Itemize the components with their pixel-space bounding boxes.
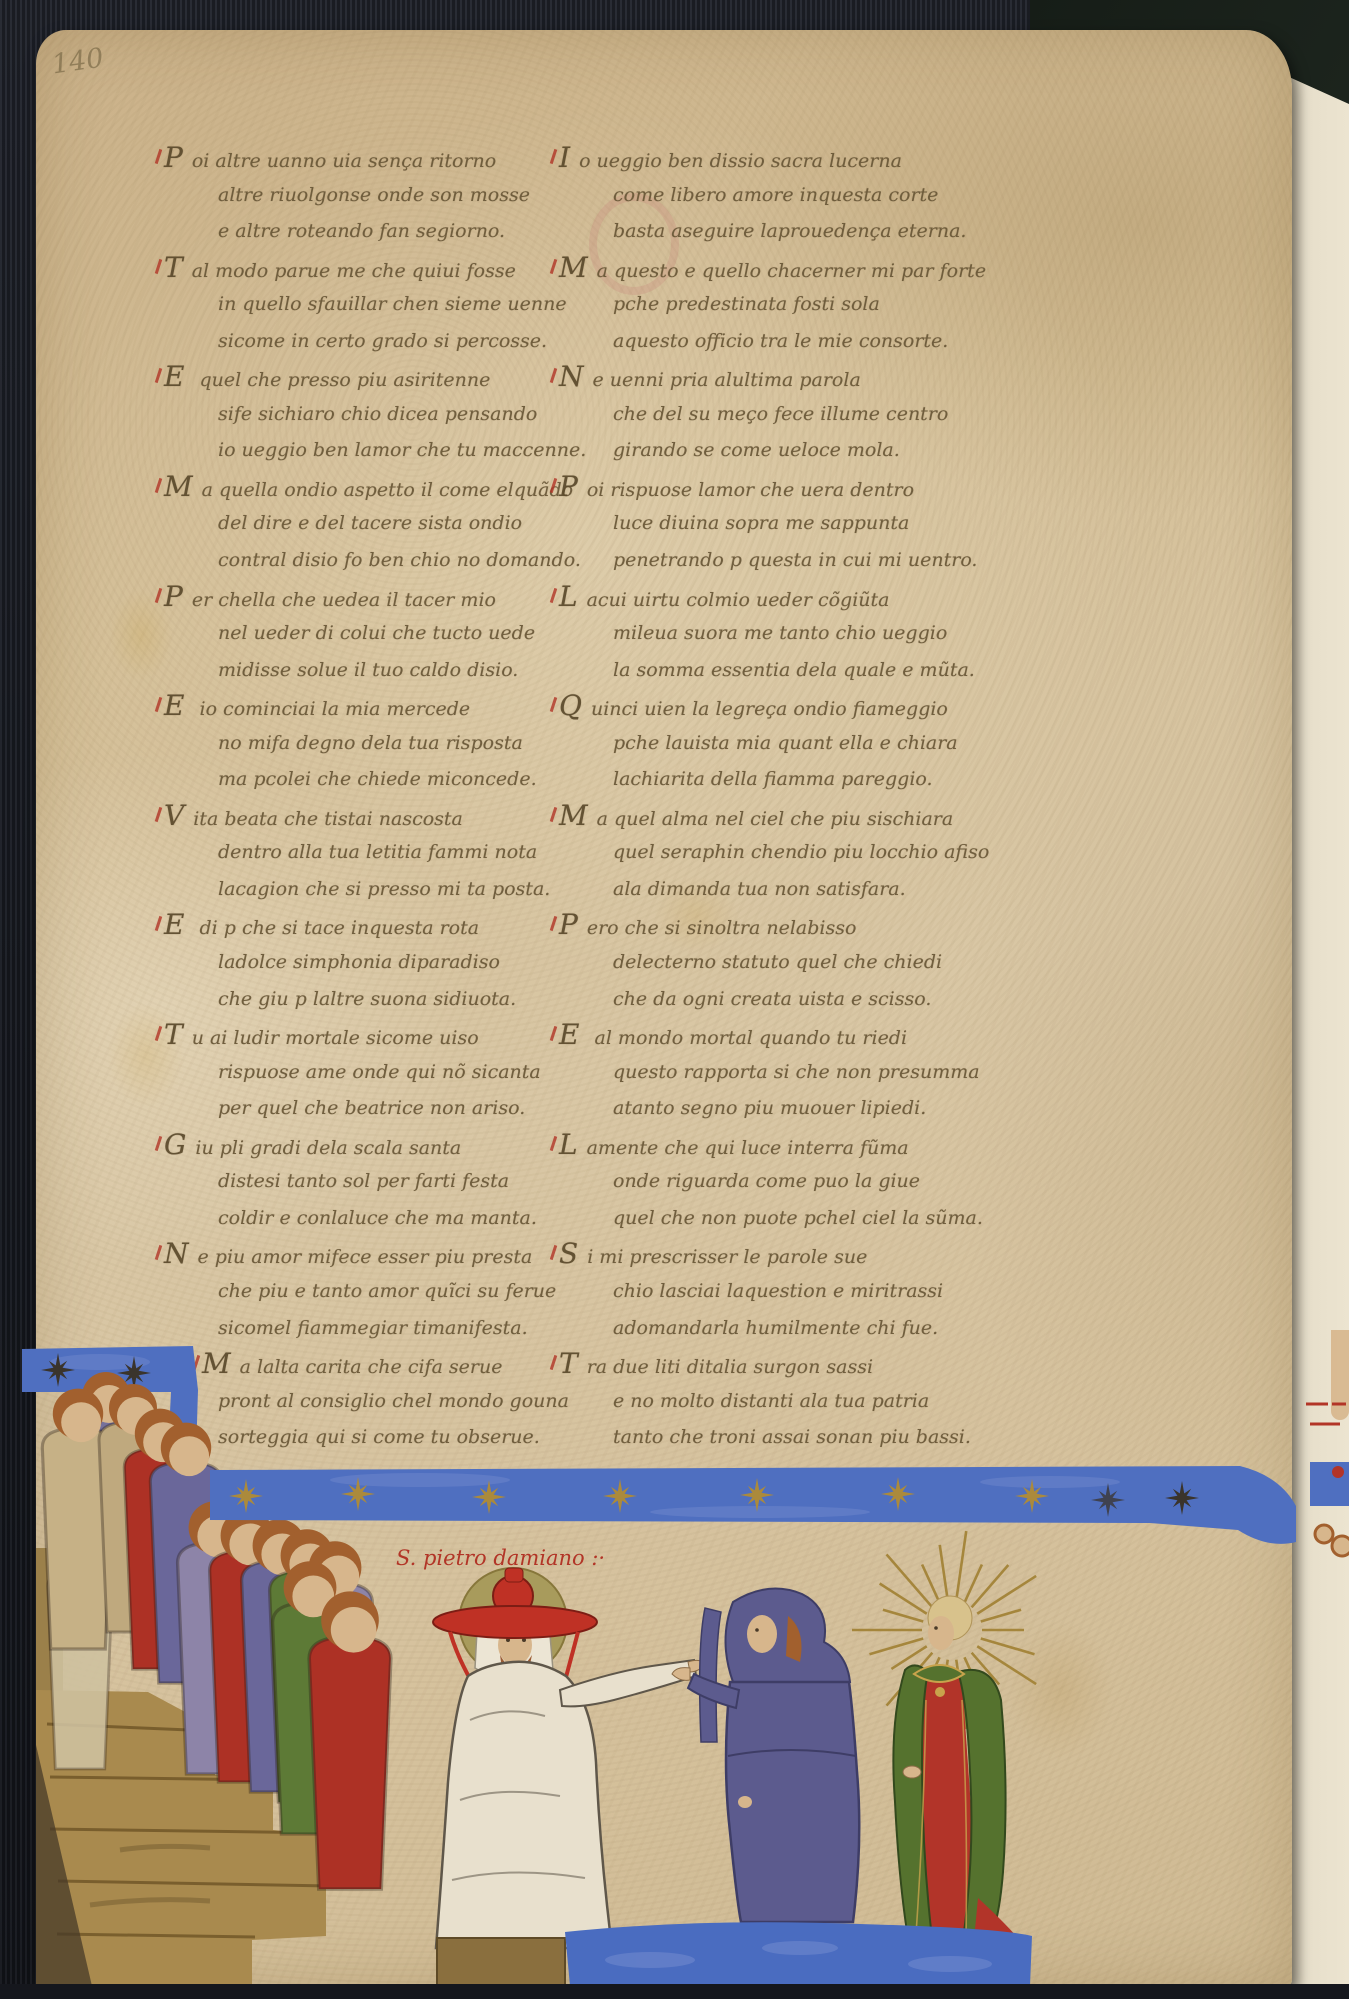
caption-pier-damiano: S. pietro damiano :·	[396, 1546, 605, 1570]
verse-line: e altre roteando fan segiorno.	[150, 213, 530, 250]
tercet-initial: N	[164, 1236, 189, 1273]
verse-line: Ne piu amor mifece esser piu presta	[150, 1236, 530, 1273]
verse-line: E di p che si tace inquesta rota	[150, 907, 530, 944]
verse-line: midisse solue il tuo caldo disio.	[150, 652, 530, 689]
tercet-initial: P	[559, 469, 578, 506]
tercet-initial: G	[164, 1127, 186, 1164]
sun-ray	[940, 1545, 948, 1600]
verse-line: dentro alla tua letitia fammi nota	[150, 834, 530, 871]
photo-bottom-edge	[0, 1984, 1349, 1999]
sun-ray	[981, 1638, 1035, 1654]
manuscript-photo: 140 Poi altre uanno uia sença ritornoalt…	[0, 0, 1349, 1999]
verse-line: sife sichiaro chio dicea pensando	[150, 396, 530, 433]
verse-line: basta aseguire laprouedença eterna.	[545, 213, 1005, 250]
tercet-initial: Q	[559, 688, 582, 725]
verse-line: chio lasciai laquestion e miritrassi	[545, 1273, 1005, 1310]
sun-ray	[883, 1610, 923, 1622]
verse-line: Ma questo e quello chacerner mi par fort…	[545, 250, 1005, 287]
verse-line: distesi tanto sol per farti festa	[150, 1163, 530, 1200]
sun-ray	[880, 1584, 927, 1614]
verse-line: pche lauista mia quant ella e chiara	[545, 725, 1005, 762]
verse-line: E io cominciai la mia mercede	[150, 688, 530, 725]
sun-ray	[981, 1610, 1021, 1622]
tercet-initial: M	[559, 798, 588, 835]
verse-line: Poi altre uanno uia sença ritorno	[150, 140, 530, 177]
verse-line: no mifa degno dela tua risposta	[150, 725, 530, 762]
sun-ray	[977, 1576, 1036, 1614]
sun-ray	[869, 1638, 923, 1654]
pier-damiano-figure	[433, 1568, 706, 1985]
verse-line: Giu pli gradi dela scala santa	[150, 1127, 530, 1164]
verse-line: Io ueggio ben dissio sacra lucerna	[545, 140, 1005, 177]
tercet-initial: S	[559, 1236, 578, 1273]
face	[928, 1616, 954, 1650]
verse-line: pche predestinata fosti sola	[545, 286, 1005, 323]
verse-line: Tal modo parue me che quiui fosse	[150, 250, 530, 287]
verse-line: che piu e tanto amor quĩci su ferue	[150, 1273, 530, 1310]
tercet-initial: T	[164, 250, 183, 287]
verse-line: che giu p laltre suona sidiuota.	[150, 981, 530, 1018]
verse-line: mileua suora me tanto chio ueggio	[545, 615, 1005, 652]
tercet-initial: L	[559, 1127, 578, 1164]
verse-line: Per chella che uedea il tacer mio	[150, 579, 530, 616]
cardinal-hat	[433, 1606, 597, 1638]
verse-line: che del su meço fece illume centro	[545, 396, 1005, 433]
verse-line: luce diuina sopra me sappunta	[545, 505, 1005, 542]
verse-line: Tu ai ludir mortale sicome uiso	[150, 1017, 530, 1054]
clasp	[935, 1687, 945, 1697]
verse-line: Ne uenni pria alultima parola	[545, 359, 1005, 396]
verse-line: Ma quel alma nel ciel che piu sischiara	[545, 798, 1005, 835]
hood-tail	[700, 1608, 721, 1742]
face	[747, 1615, 777, 1653]
verse-line: E quel che presso piu asiritenne	[150, 359, 530, 396]
tercet-initial: E	[164, 907, 184, 944]
verse-line: ma pcolei che chiede miconcede.	[150, 761, 530, 798]
verse-line: che da ogni creata uista e scisso.	[545, 981, 1005, 1018]
verse-line: atanto segno piu muouer lipiedi.	[545, 1090, 1005, 1127]
verse-line: lacagion che si presso mi ta posta.	[150, 871, 530, 908]
tercet-initial: M	[559, 250, 588, 287]
verse-line: la somma essentia dela quale e mũta.	[545, 652, 1005, 689]
miniature-illustration: S. pietro damiano :·	[0, 1330, 1349, 1999]
verse-line: altre riuolgonse onde son mosse	[150, 177, 530, 214]
verse-line: come libero amore inquesta corte	[545, 177, 1005, 214]
tercet-initial: E	[164, 688, 184, 725]
verse-line: ala dimanda tua non satisfara.	[545, 871, 1005, 908]
verse-line: in quello sfauillar chen sieme uenne	[150, 286, 530, 323]
blue-ground	[565, 1922, 1032, 1986]
verse-line: per quel che beatrice non ariso.	[150, 1090, 530, 1127]
verse-line: ladolce simphonia diparadiso	[150, 944, 530, 981]
verse-line: Vita beata che tistai nascosta	[150, 798, 530, 835]
verse-line: coldir e conlaluce che ma manta.	[150, 1200, 530, 1237]
verse-line: girando se come ueloce mola.	[545, 432, 1005, 469]
verse-line: lachiarita della fiamma pareggio.	[545, 761, 1005, 798]
verse-line: Pero che si sinoltra nelabisso	[545, 907, 1005, 944]
tercet-initial: T	[164, 1017, 183, 1054]
star-band	[210, 1466, 1296, 1544]
verse-line: nel ueder di colui che tucto uede	[150, 615, 530, 652]
sun-ray	[887, 1554, 933, 1607]
verse-line: Si mi prescrisser le parole sue	[545, 1236, 1005, 1273]
verse-line: quel che non puote pchel ciel la sũma.	[545, 1200, 1005, 1237]
sun-ray	[956, 1531, 966, 1600]
dante-figure	[672, 1589, 859, 1947]
adjacent-page-glimpses	[1306, 1330, 1349, 1556]
hand	[903, 1766, 921, 1778]
pointing-arm	[560, 1660, 696, 1706]
tercet-initial: M	[164, 469, 193, 506]
verse-line: Lamente che qui luce interra fũma	[545, 1127, 1005, 1164]
tercet-initial: N	[559, 359, 584, 396]
verse-line: Ma quella ondio aspetto il come elquãdo	[150, 469, 530, 506]
tercet-initial: L	[559, 579, 578, 616]
verse-line: E al mondo mortal quando tu riedi	[545, 1017, 1005, 1054]
verse-line: rispuose ame onde qui nõ sicanta	[150, 1054, 530, 1091]
verse-line: Lacui uirtu colmio ueder cõgiũta	[545, 579, 1005, 616]
step-under-saint	[437, 1938, 565, 1985]
beatrice-figure	[852, 1531, 1036, 1940]
tercet-initial: P	[164, 140, 183, 177]
verse-line: delecterno statuto quel che chiedi	[545, 944, 1005, 981]
tercet-initial: E	[559, 1017, 579, 1054]
tercet-initial: P	[559, 907, 578, 944]
verse-line: Poi rispuose lamor che uera dentro	[545, 469, 1005, 506]
tercet-initial: I	[559, 140, 570, 177]
verse-line: io ueggio ben lamor che tu maccenne.	[150, 432, 530, 469]
verse-line: penetrando p questa in cui mi uentro.	[545, 542, 1005, 579]
verse-column-right: Io ueggio ben dissio sacra lucernacome l…	[545, 140, 1005, 1456]
verse-line: aquesto officio tra le mie consorte.	[545, 323, 1005, 360]
verse-line: del dire e del tacere sista ondio	[150, 505, 530, 542]
verse-line: quel seraphin chendio piu locchio afiso	[545, 834, 1005, 871]
verse-line: questo rapporta si che non presumma	[545, 1054, 1005, 1091]
verse-line: Quinci uien la legreça ondio fiameggio	[545, 688, 1005, 725]
verse-column-left: Poi altre uanno uia sença ritornoaltre r…	[150, 140, 530, 1456]
tercet-initial: V	[164, 798, 184, 835]
verse-line: contral disio fo ben chio no domando.	[150, 542, 530, 579]
tercet-initial: E	[164, 359, 184, 396]
tercet-initial: P	[164, 579, 183, 616]
verse-line: sicome in certo grado si percosse.	[150, 323, 530, 360]
verse-line: onde riguarda come puo la giue	[545, 1163, 1005, 1200]
sun-ray	[972, 1565, 1009, 1607]
